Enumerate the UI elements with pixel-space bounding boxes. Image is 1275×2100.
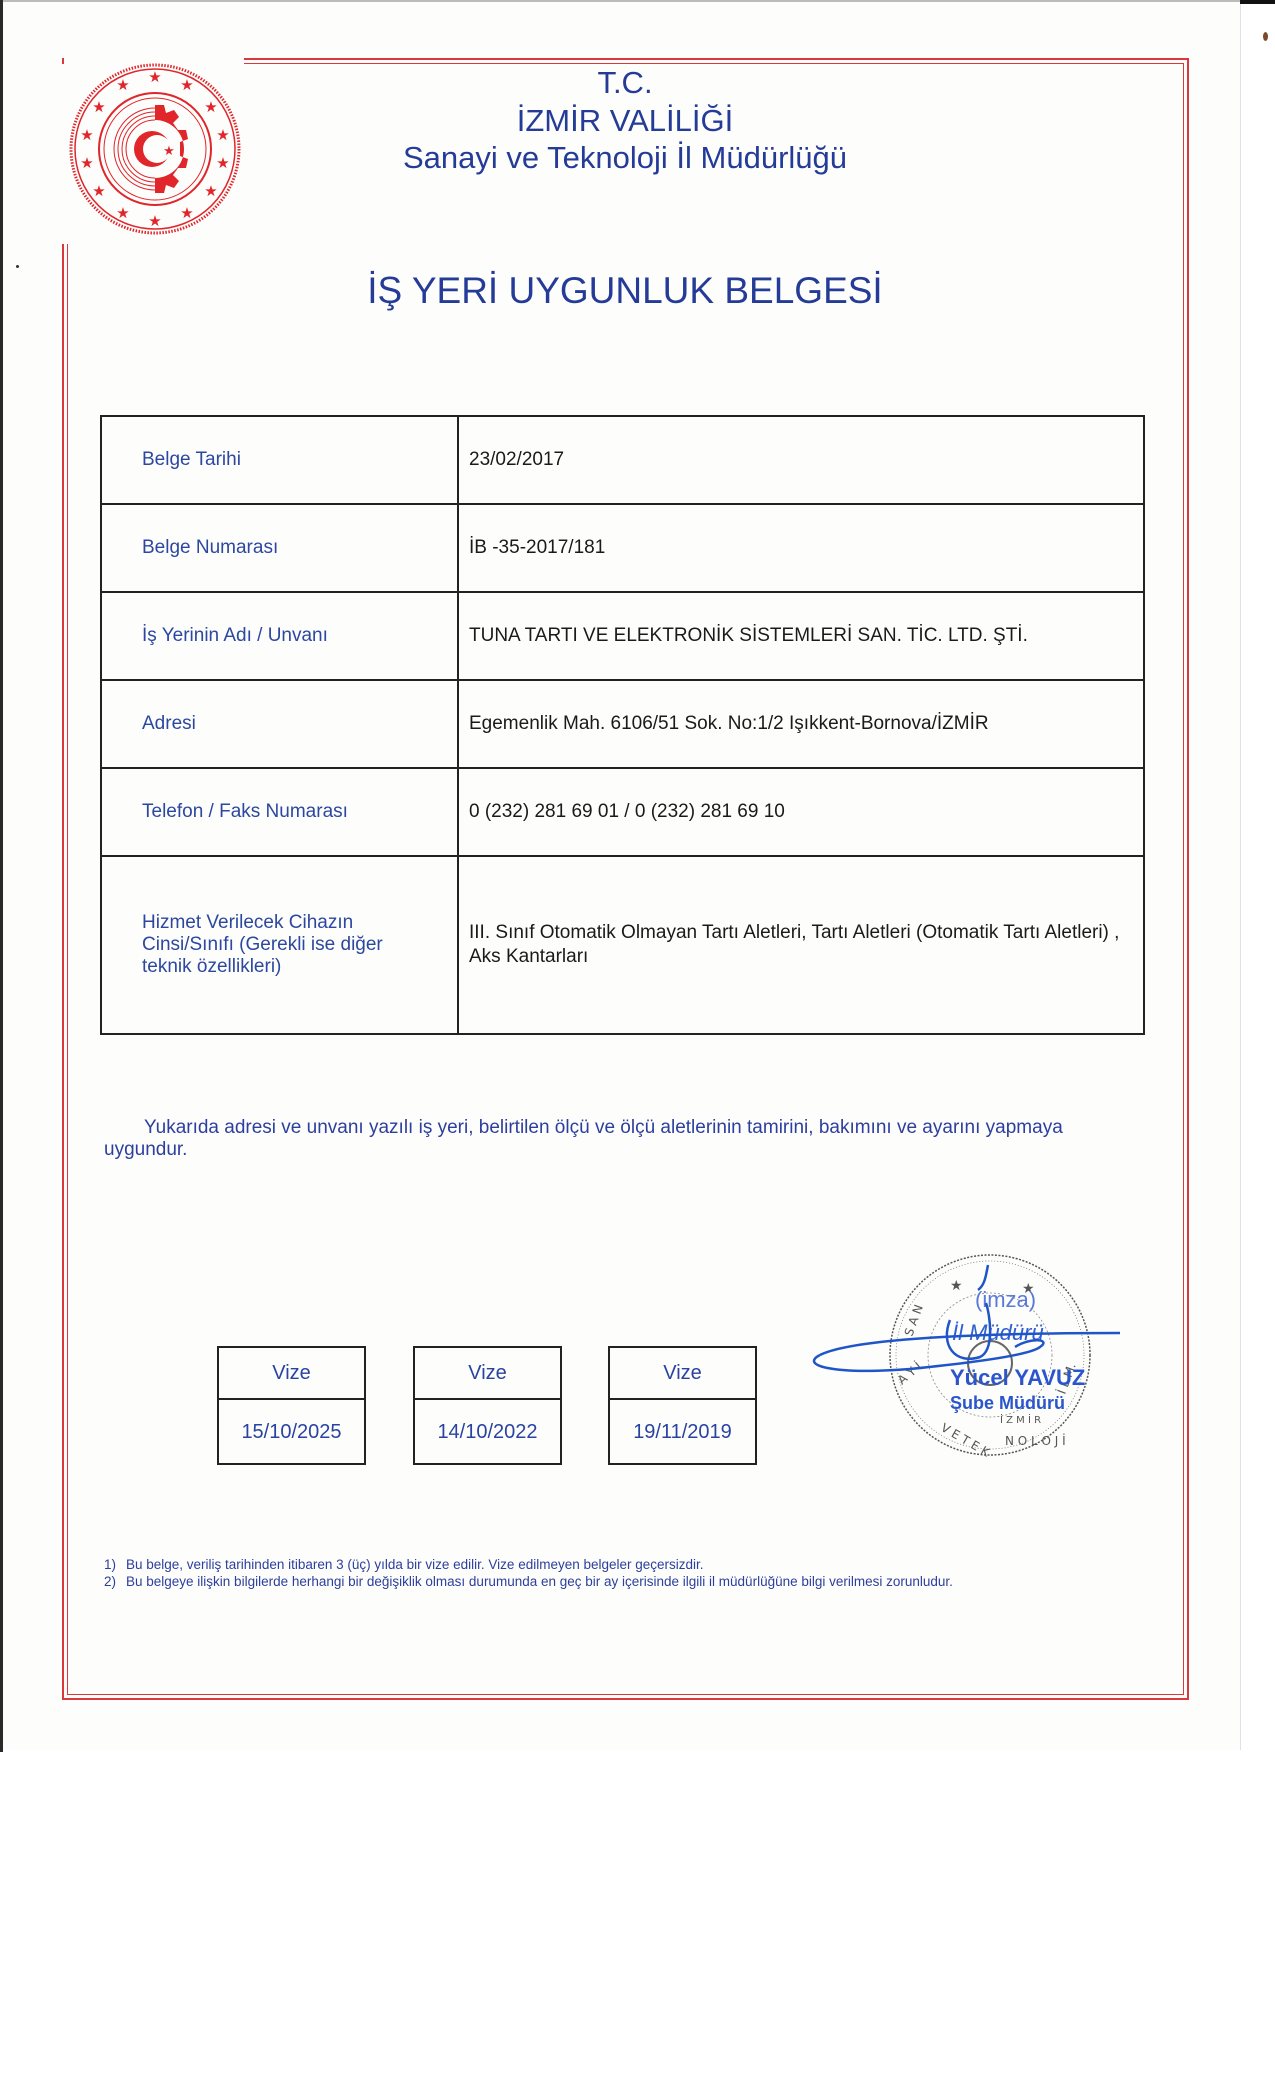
footnote-text: Bu belgeye ilişkin bilgilerde herhangi b… [126,1574,953,1589]
svg-text:A Y İ: A Y İ [894,1359,924,1388]
header-tc: T.C. [300,65,950,101]
svg-text:Yücel YAVUZ: Yücel YAVUZ [950,1365,1085,1390]
svg-text:★: ★ [148,212,161,230]
svg-text:S A N: S A N [902,1303,926,1338]
table-row: Adresi Egemenlik Mah. 6106/51 Sok. No:1/… [101,680,1144,768]
field-value: İB -35-2017/181 [458,504,1144,592]
field-value: Egemenlik Mah. 6106/51 Sok. No:1/2 Işıkk… [458,680,1144,768]
svg-text:★: ★ [216,154,229,172]
footnote: 1)Bu belge, veriliş tarihinden itibaren … [104,1556,1104,1573]
table-row: Telefon / Faks Numarası 0 (232) 281 69 0… [101,768,1144,856]
statement-paragraph: Yukarıda adresi ve unvanı yazılı iş yeri… [104,1117,1114,1161]
svg-text:Şube Müdürü: Şube Müdürü [950,1393,1065,1413]
scan-edge-right [1240,0,1241,1750]
field-label: Belge Numarası [101,504,458,592]
vize-header: Vize [415,1348,560,1400]
field-label: Belge Tarihi [101,416,458,504]
scan-edge-right-strip [1240,0,1275,4]
svg-text:★: ★ [950,1278,963,1294]
field-label: Telefon / Faks Numarası [101,768,458,856]
svg-text:V E T E K: V E T E K [939,1420,994,1460]
svg-text:★: ★ [148,68,161,86]
header-governorship: İZMİR VALİLİĞİ [300,103,950,139]
table-row: Belge Numarası İB -35-2017/181 [101,504,1144,592]
field-label: Hizmet Verilecek Cihazın Cinsi/Sınıfı (G… [101,856,458,1034]
svg-text:★: ★ [180,76,193,94]
footnote-text: Bu belge, veriliş tarihinden itibaren 3 … [126,1557,704,1572]
vize-header: Vize [219,1348,364,1400]
svg-text:★: ★ [116,76,129,94]
footnote-number: 1) [104,1556,126,1573]
vize-box: Vize 19/11/2019 [608,1346,757,1465]
svg-text:★: ★ [216,126,229,144]
svg-text:★: ★ [80,126,93,144]
vize-box: Vize 14/10/2022 [413,1346,562,1465]
footnotes: 1)Bu belge, veriliş tarihinden itibaren … [104,1556,1104,1590]
svg-text:(imza): (imza) [975,1287,1036,1312]
table-row: İş Yerinin Adı / Unvanı TUNA TARTI VE EL… [101,592,1144,680]
vize-date: 14/10/2022 [415,1400,560,1465]
field-value: TUNA TARTI VE ELEKTRONİK SİSTEMLERİ SAN.… [458,592,1144,680]
field-label: Adresi [101,680,458,768]
table-row: Belge Tarihi 23/02/2017 [101,416,1144,504]
field-value: 0 (232) 281 69 01 / 0 (232) 281 69 10 [458,768,1144,856]
svg-text:★: ★ [204,182,217,200]
vize-date: 19/11/2019 [610,1400,755,1465]
svg-text:N O L O J İ: N O L O J İ [1005,1433,1066,1448]
statement-text: Yukarıda adresi ve unvanı yazılı iş yeri… [104,1117,1063,1160]
table-row: Hizmet Verilecek Cihazın Cinsi/Sınıfı (G… [101,856,1144,1034]
svg-text:★: ★ [92,98,105,116]
svg-text:★: ★ [180,204,193,222]
signature-stamp: S A N A Y İ V E T E K N O L O J İ İ L M.… [790,1245,1120,1465]
svg-text:★: ★ [163,144,175,159]
footnote: 2)Bu belgeye ilişkin bilgilerde herhangi… [104,1573,1104,1590]
svg-text:İ Z M İ R: İ Z M İ R [1000,1413,1041,1426]
header-directorate: Sanayi ve Teknoloji İl Müdürlüğü [300,140,950,176]
svg-text:★: ★ [80,154,93,172]
ministry-seal-icon: ★ ★ ★ ★ ★ ★ ★ ★ ★ ★ ★ ★ ★ ★ ★ [66,60,244,238]
field-value: III. Sınıf Otomatik Olmayan Tartı Aletle… [458,856,1144,1034]
scan-edge-top [0,0,1240,2]
field-label: İş Yerinin Adı / Unvanı [101,592,458,680]
svg-text:★: ★ [204,98,217,116]
svg-text:★: ★ [116,204,129,222]
document-title: İŞ YERİ UYGUNLUK BELGESİ [300,270,950,312]
svg-text:★: ★ [92,182,105,200]
scan-speck [16,265,19,268]
vize-date: 15/10/2025 [219,1400,364,1465]
vize-header: Vize [610,1348,755,1400]
scan-edge-left [0,0,3,1752]
field-value: 23/02/2017 [458,416,1144,504]
vize-box: Vize 15/10/2025 [217,1346,366,1465]
footnote-number: 2) [104,1573,126,1590]
certificate-info-table: Belge Tarihi 23/02/2017 Belge Numarası İ… [100,415,1145,1035]
scan-speck [1263,32,1268,41]
